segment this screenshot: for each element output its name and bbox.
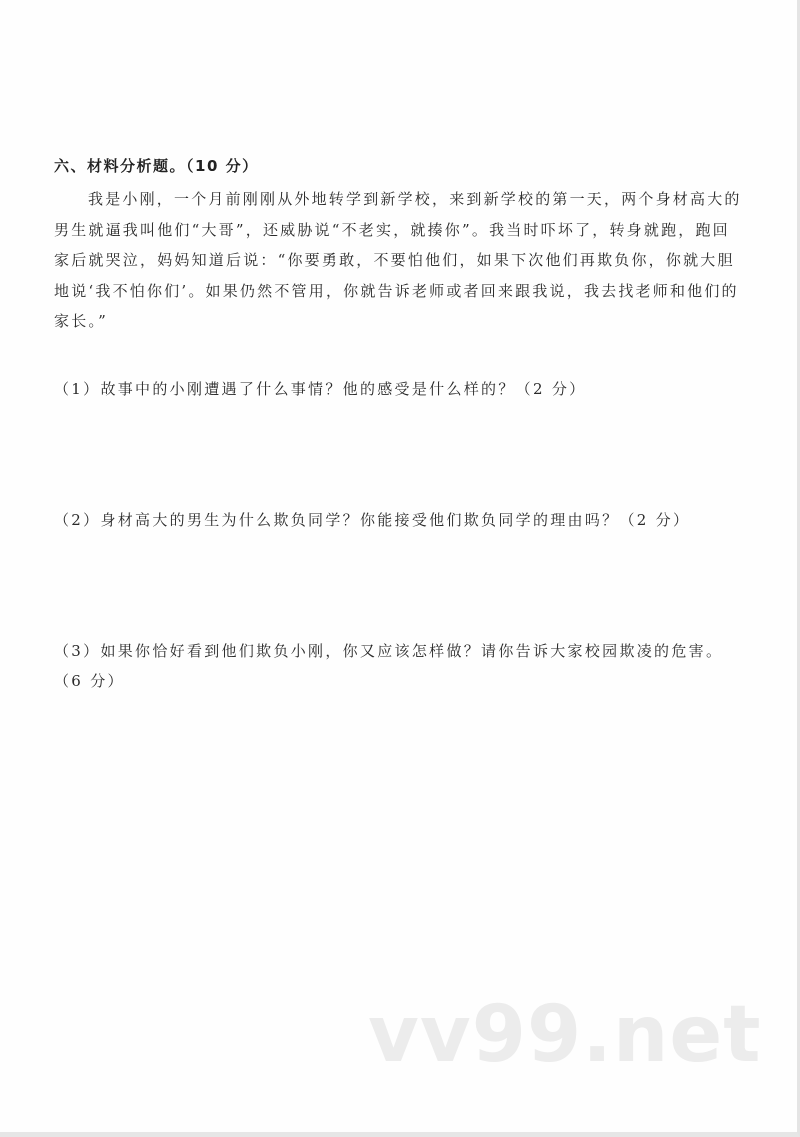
answer-space-2 bbox=[54, 540, 744, 630]
question-1: （1）故事中的小刚遭遇了什么事情？他的感受是什么样的？（2 分） bbox=[54, 374, 744, 404]
exam-page: 六、材料分析题。（10 分） 我是小刚，一个月前刚刚从外地转学到新学校，来到新学… bbox=[0, 0, 800, 1137]
material-passage: 我是小刚，一个月前刚刚从外地转学到新学校，来到新学校的第一天，两个身材高大的男生… bbox=[54, 184, 742, 337]
answer-space-1 bbox=[54, 410, 744, 500]
watermark: vv99.net bbox=[368, 990, 762, 1080]
question-3: （3）如果你恰好看到他们欺负小刚，你又应该怎样做？请你告诉大家校园欺凌的危害。（… bbox=[54, 636, 744, 696]
answer-space-3 bbox=[54, 700, 744, 980]
question-2: （2）身材高大的男生为什么欺负同学？你能接受他们欺负同学的理由吗？（2 分） bbox=[54, 505, 744, 535]
section-title: 六、材料分析题。（10 分） bbox=[54, 155, 259, 176]
